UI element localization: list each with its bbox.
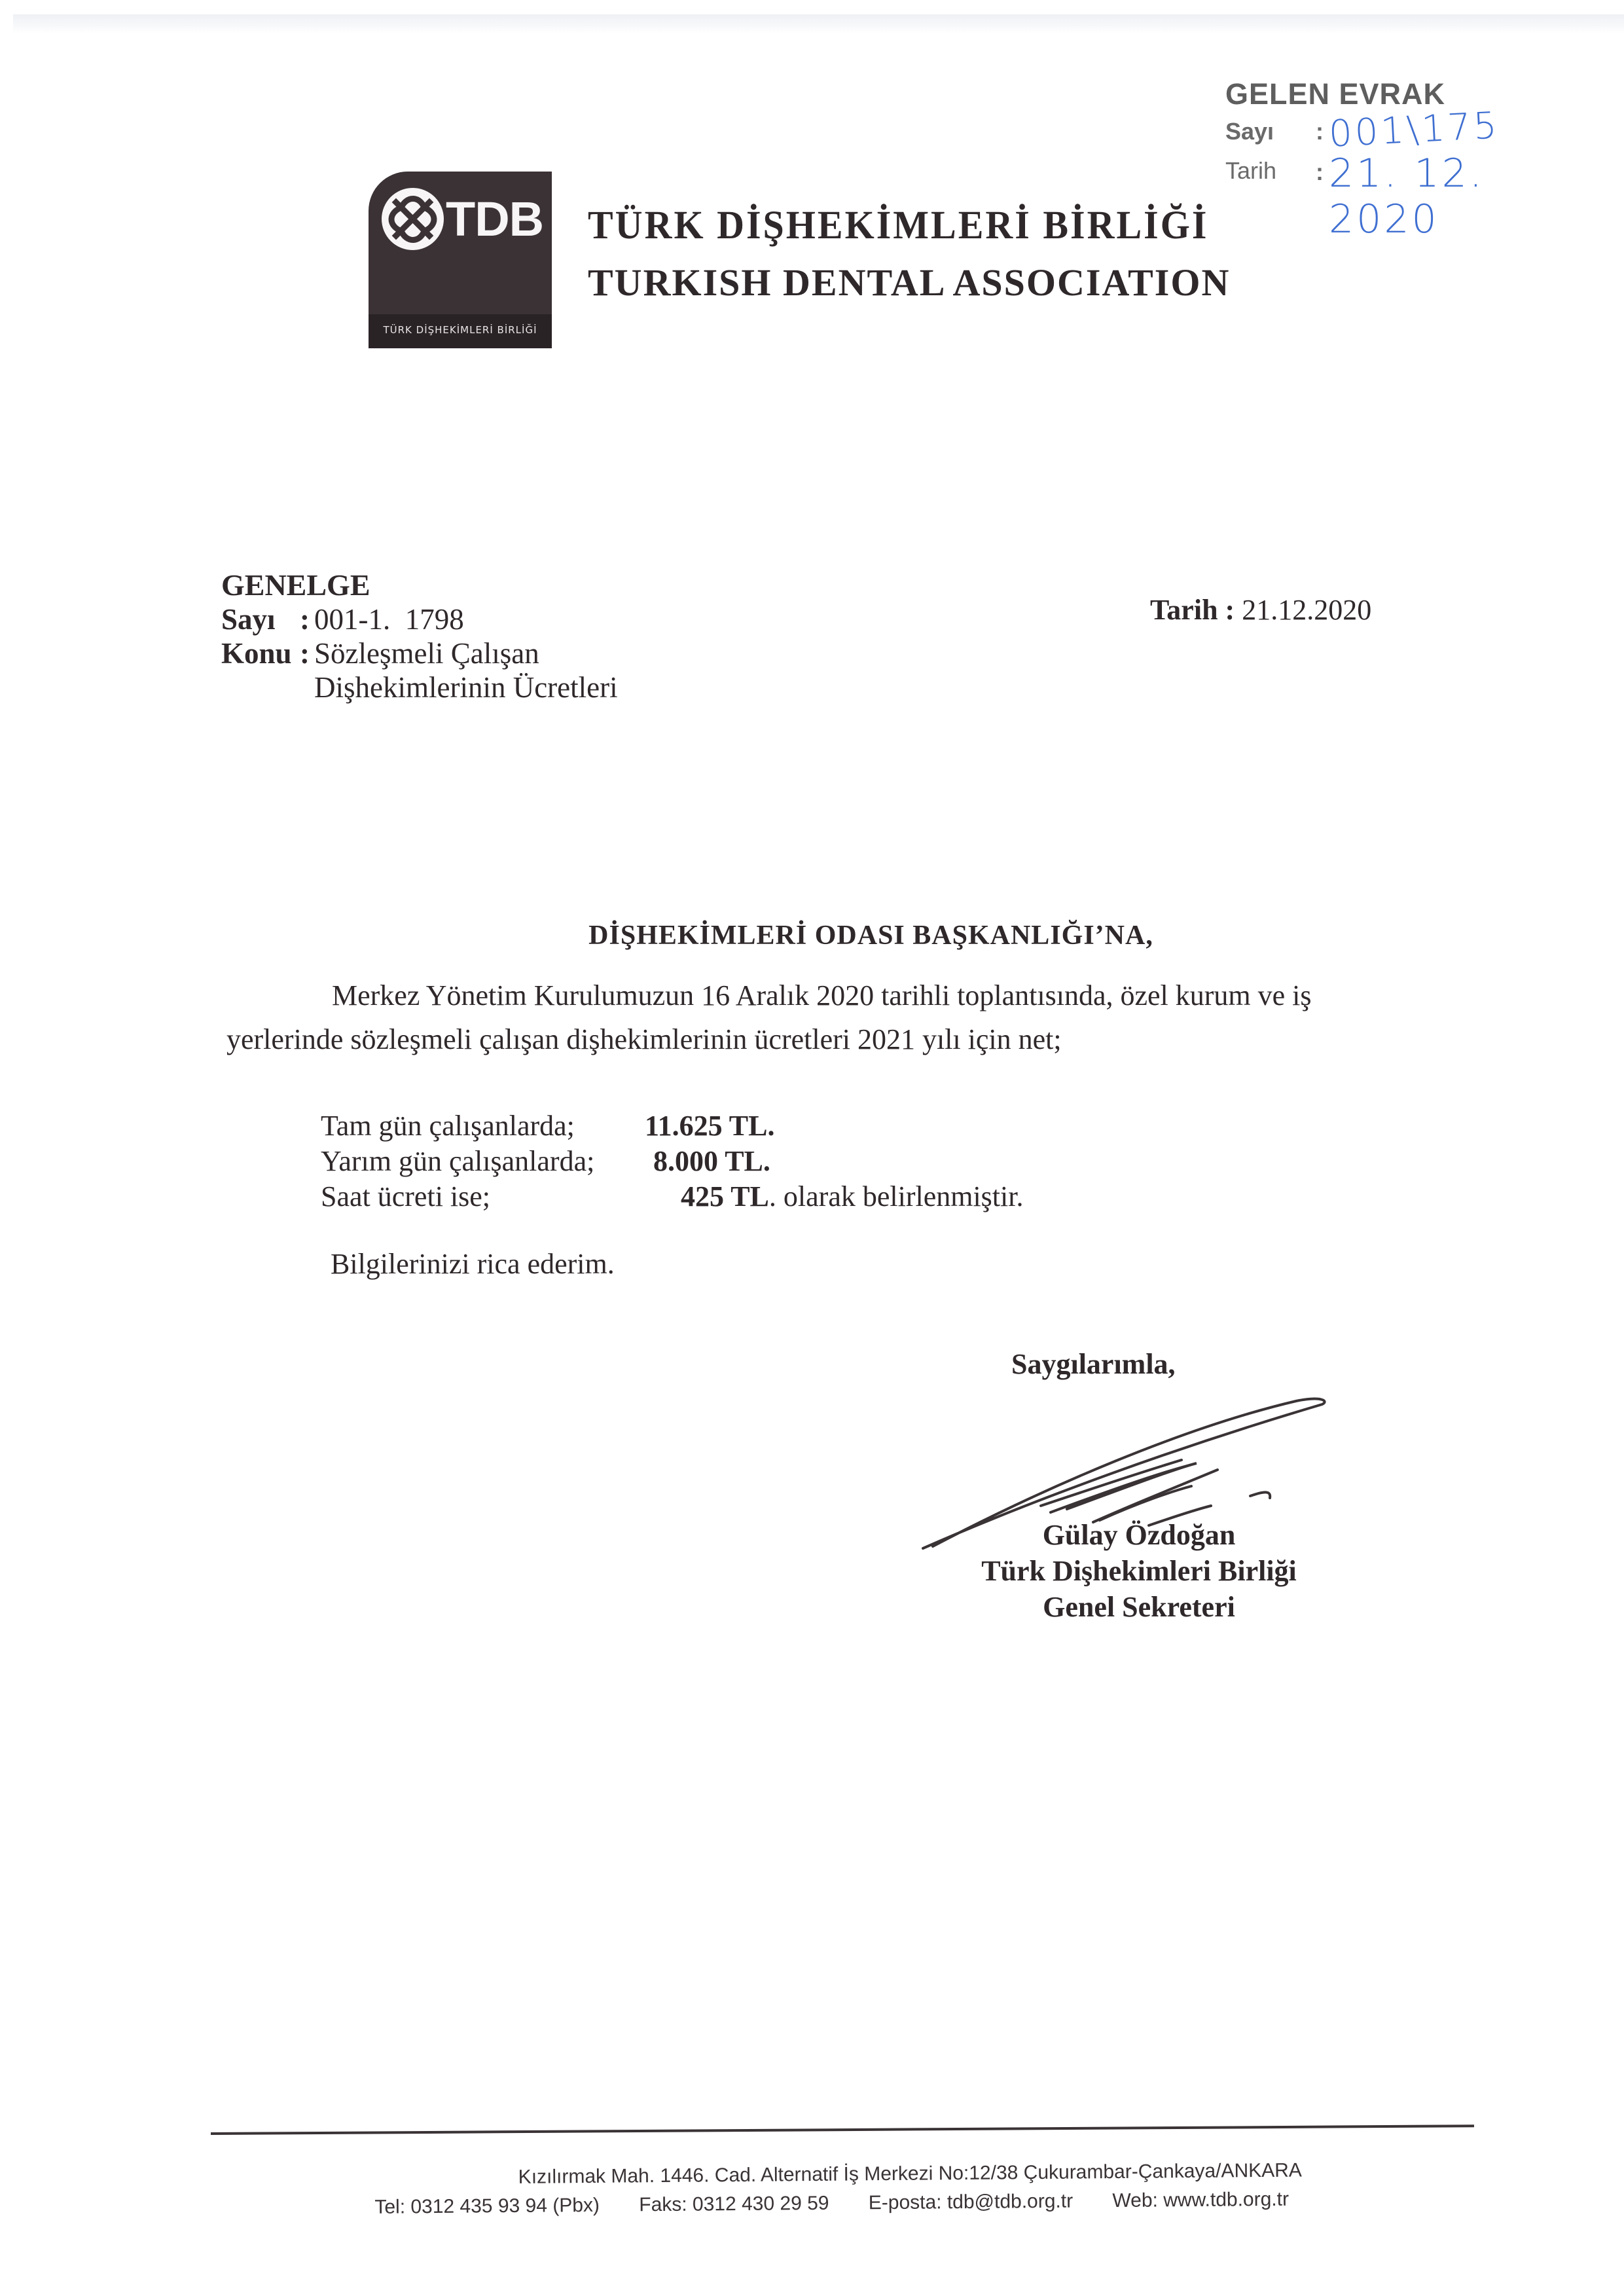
stamp-sayi-value: 001\175 bbox=[1327, 104, 1500, 156]
fee-label: Yarım gün çalışanlarda; bbox=[321, 1144, 594, 1179]
document-date: Tarih : 21.12.2020 bbox=[1150, 593, 1371, 627]
closing-line: Bilgilerinizi rica ederim. bbox=[331, 1247, 615, 1281]
fee-amount: 425 TL bbox=[681, 1180, 769, 1212]
incoming-document-stamp: GELEN EVRAK Sayı : 001\175 Tarih : 21. 1… bbox=[1225, 77, 1592, 208]
logo-band: TÜRK DİŞHEKİMLERİ BİRLİĞİ bbox=[369, 314, 552, 348]
footer-contact: Kızılırmak Mah. 1446. Cad. Alternatif İş… bbox=[0, 2153, 1624, 2225]
sayi-colon: : bbox=[300, 602, 314, 636]
body-line-2: yerlerinde sözleşmeli çalışan dişhekimle… bbox=[226, 1023, 1062, 1056]
konu-row: Konu : Sözleşmeli Çalışan bbox=[221, 636, 618, 670]
footer-web[interactable]: Web: www.tdb.org.tr bbox=[1112, 2189, 1289, 2212]
org-name-english: TURKISH DENTAL ASSOCIATION bbox=[588, 261, 1230, 304]
signatory-org: Türk Dişhekimleri Birliği bbox=[929, 1553, 1348, 1589]
addressee: DİŞHEKİMLERİ ODASI BAŞKANLIĞI’NA, bbox=[0, 920, 1624, 951]
stamp-tarih-value: 21. 12. 2020 bbox=[1329, 151, 1592, 242]
stamp-colon: : bbox=[1316, 118, 1324, 145]
fee-label: Saat ücreti ise; bbox=[321, 1179, 490, 1214]
konu-value-line2: Dişhekimlerinin Ücretleri bbox=[221, 670, 618, 704]
tarih-value: 21.12.2020 bbox=[1242, 594, 1371, 626]
footer-divider bbox=[211, 2124, 1474, 2135]
signatory-name: Gülay Özdoğan bbox=[929, 1517, 1348, 1553]
sayi-value: 001-1. 1798 bbox=[314, 602, 464, 636]
scan-edge bbox=[13, 14, 1624, 34]
footer-email[interactable]: E-posta: tdb@tdb.org.tr bbox=[869, 2191, 1074, 2214]
sayi-label: Sayı bbox=[221, 602, 300, 636]
tdb-logo: TDB TÜRK DİŞHEKİMLERİ BİRLİĞİ bbox=[369, 172, 552, 348]
signatory-title: Genel Sekreteri bbox=[929, 1589, 1348, 1625]
fee-label: Tam gün çalışanlarda; bbox=[321, 1108, 575, 1144]
org-name-turkish: TÜRK DİŞHEKİMLERİ BİRLİĞİ bbox=[588, 202, 1208, 247]
fee-amount: 8.000 TL. bbox=[653, 1144, 770, 1179]
body-line-1: Merkez Yönetim Kurulumuzun 16 Aralık 202… bbox=[332, 979, 1312, 1012]
sayi-row: Sayı : 001-1. 1798 bbox=[221, 602, 618, 636]
stamp-colon: : bbox=[1316, 158, 1324, 186]
knot-emblem-icon bbox=[382, 188, 444, 250]
fee-amount-group: 425 TL. olarak belirlenmiştir. bbox=[681, 1179, 1023, 1214]
fee-amount: 11.625 TL. bbox=[645, 1108, 774, 1144]
stamp-tarih-label: Tarih bbox=[1225, 157, 1276, 185]
signatory-block: Gülay Özdoğan Türk Dişhekimleri Birliği … bbox=[929, 1517, 1348, 1625]
document-type: GENELGE bbox=[221, 568, 618, 602]
logo-mark: TDB bbox=[446, 191, 543, 247]
tarih-label: Tarih : bbox=[1150, 594, 1235, 626]
footer-fax: Faks: 0312 430 29 59 bbox=[639, 2193, 829, 2216]
stamp-title: GELEN EVRAK bbox=[1225, 77, 1445, 111]
footer-tel: Tel: 0312 435 93 94 (Pbx) bbox=[374, 2195, 600, 2218]
stamp-sayi-label: Sayı bbox=[1225, 118, 1274, 145]
konu-colon: : bbox=[300, 636, 314, 670]
document-meta: GENELGE Sayı : 001-1. 1798 Konu : Sözleş… bbox=[221, 568, 618, 704]
logo-band-text: TÜRK DİŞHEKİMLERİ BİRLİĞİ bbox=[369, 324, 552, 336]
konu-value-line1: Sözleşmeli Çalışan bbox=[314, 636, 539, 670]
fee-suffix: . olarak belirlenmiştir. bbox=[769, 1180, 1024, 1212]
konu-label: Konu bbox=[221, 636, 300, 670]
